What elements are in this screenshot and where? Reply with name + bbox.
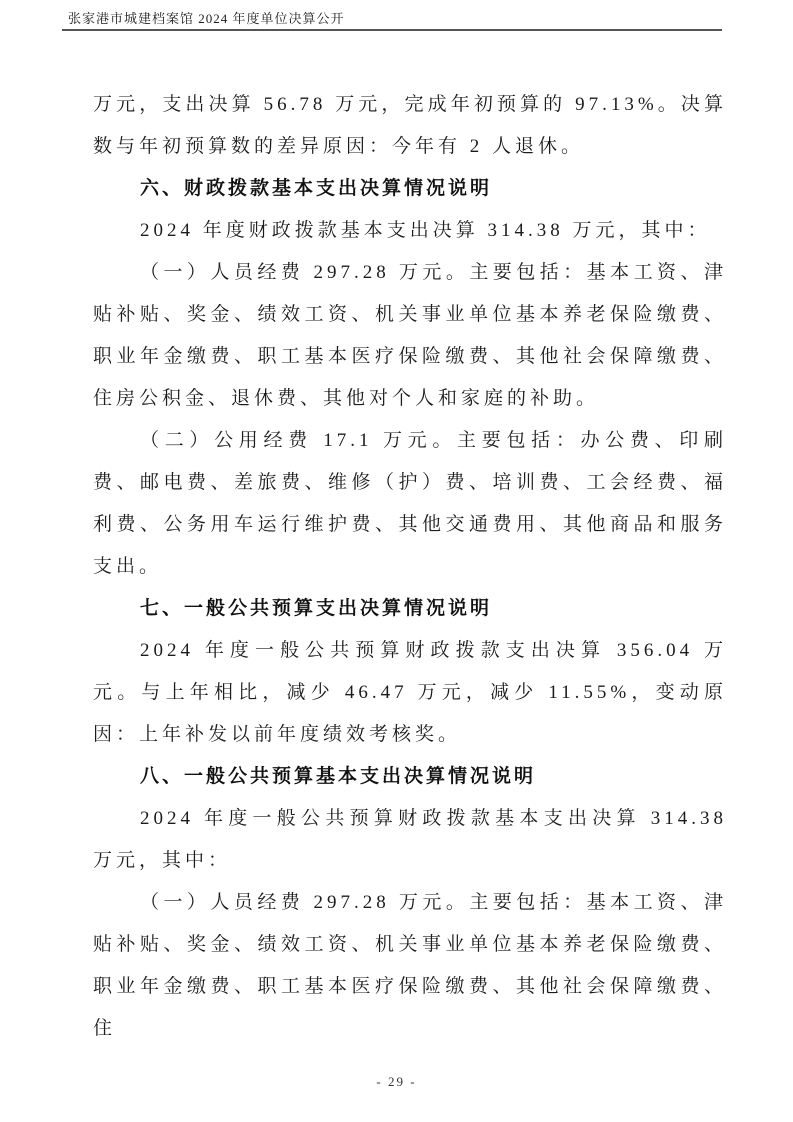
paragraph-section8-intro: 2024 年度一般公共预算财政拨款基本支出决算 314.38 万元，其中： [93, 798, 727, 882]
paragraph-section6-item2: （二）公用经费 17.1 万元。主要包括：办公费、印刷费、邮电费、差旅费、维修（… [93, 420, 727, 588]
document-page: 张家港市城建档案馆 2024 年度单位决算公开 万元，支出决算 56.78 万元… [0, 0, 793, 1122]
document-body: 万元，支出决算 56.78 万元，完成年初预算的 97.13%。决算数与年初预算… [93, 84, 727, 1050]
paragraph-section6-item1: （一）人员经费 297.28 万元。主要包括：基本工资、津贴补贴、奖金、绩效工资… [93, 252, 727, 420]
header-rule [62, 29, 722, 31]
paragraph-section7-body: 2024 年度一般公共预算财政拨款支出决算 356.04 万元。与上年相比，减少… [93, 630, 727, 756]
paragraph-continuation: 万元，支出决算 56.78 万元，完成年初预算的 97.13%。决算数与年初预算… [93, 84, 727, 168]
section-heading-8: 八、一般公共预算基本支出决算情况说明 [93, 756, 727, 798]
paragraph-section8-item1-truncated: （一）人员经费 297.28 万元。主要包括：基本工资、津贴补贴、奖金、绩效工资… [93, 882, 727, 1050]
paragraph-section6-intro: 2024 年度财政拨款基本支出决算 314.38 万元，其中： [93, 210, 727, 252]
section-heading-7: 七、一般公共预算支出决算情况说明 [93, 588, 727, 630]
page-number: - 29 - [0, 1074, 793, 1090]
page-header-title: 张家港市城建档案馆 2024 年度单位决算公开 [68, 8, 345, 27]
section-heading-6: 六、财政拨款基本支出决算情况说明 [93, 168, 727, 210]
